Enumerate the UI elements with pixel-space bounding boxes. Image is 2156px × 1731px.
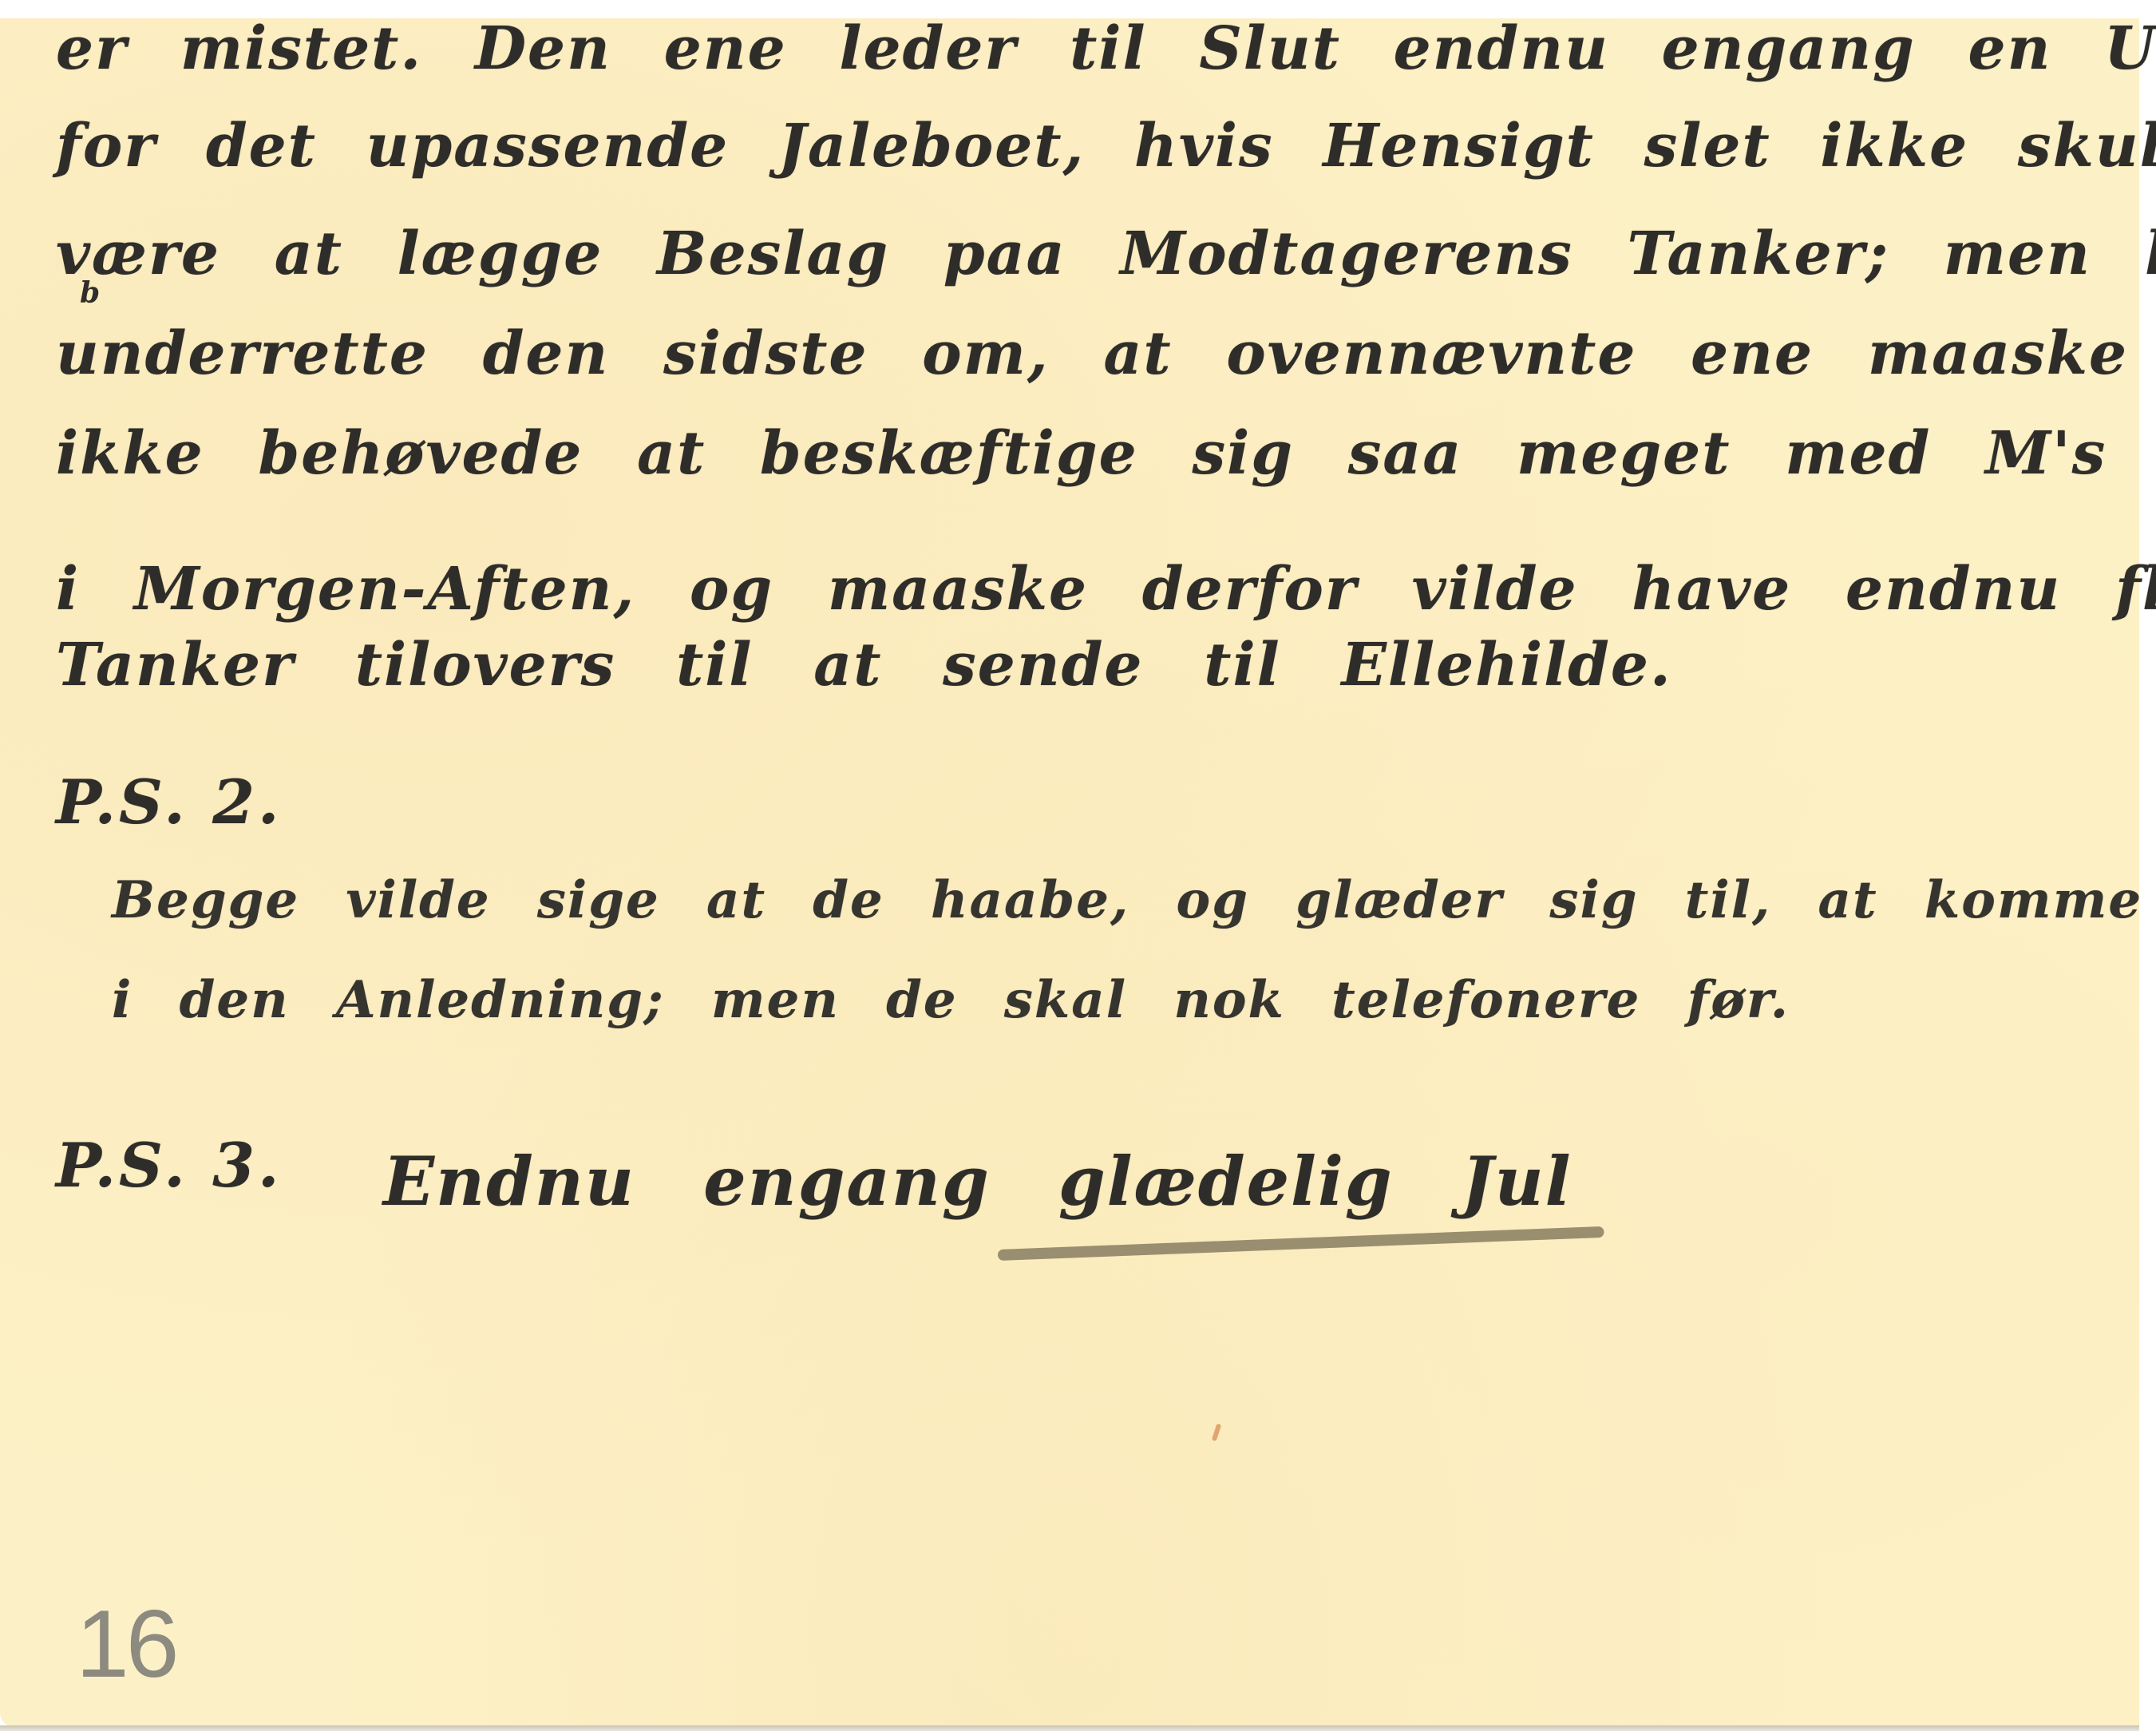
postscript-3-label: P.S. 3.: [56, 1130, 282, 1201]
letter-line-3: være at lægge Beslag paa Modtagerens Tan…: [56, 220, 2156, 288]
letter-line-5: ikke behøvede at beskæftige sig saa mege…: [56, 419, 2156, 488]
postscript-3-greeting: Endnu engang glædelig Jul: [383, 1142, 1572, 1221]
letter-line-2: for det upassende Jaleboet, hvis Hensigt…: [56, 112, 2156, 180]
letter-line-7: Tanker tilovers til at sende til Ellehil…: [56, 631, 1672, 699]
postscript-2-label: P.S. 2.: [56, 766, 282, 838]
paper-bottom-edge: [0, 1725, 2139, 1731]
page-number: 16: [76, 1589, 176, 1699]
postscript-2-line-2: i den Anledning; men de skal nok telefon…: [112, 970, 1790, 1030]
postscript-2-line-1: Begge vilde sige at de haabe, og glæder …: [112, 870, 2142, 930]
letter-line-6: i Morgen-Aften, og maaske derfor vilde h…: [56, 555, 2156, 624]
letter-line-4: underrette den sidste om, at ovennævnte …: [56, 319, 2156, 388]
letter-line-1: er mistet. Den ene leder til Slut endnu …: [56, 14, 2156, 83]
